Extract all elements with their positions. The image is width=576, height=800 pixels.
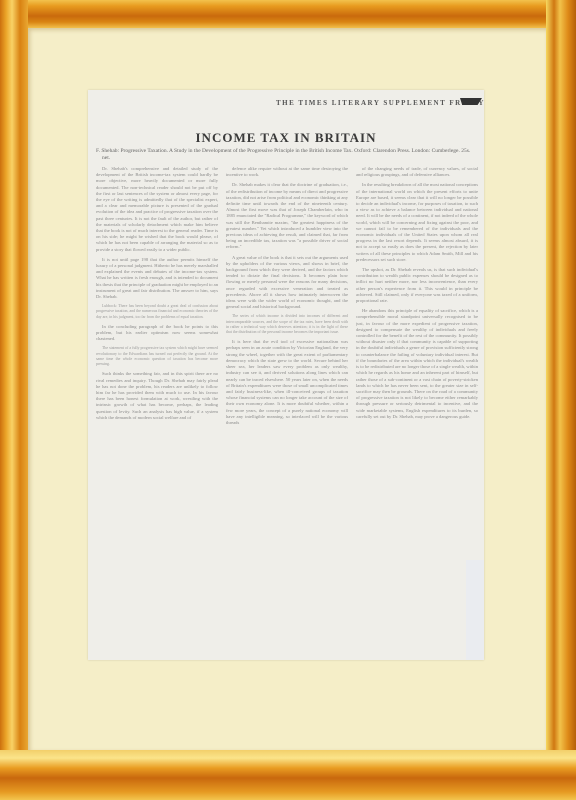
column-2: defence alike require without at the sam… [226, 166, 348, 656]
frame-left-molding [0, 0, 28, 800]
article-paragraph: The series of which income is divided in… [226, 314, 348, 335]
article-paragraph: A great value of the book is that it set… [226, 255, 348, 311]
article-paragraph: defence alike require without at the sam… [226, 166, 348, 178]
article-paragraph: He abandons this principle of equality o… [356, 308, 478, 420]
byline: F. Shehab: Progressive Taxation. A Study… [96, 148, 476, 162]
frame-top-molding [0, 0, 576, 28]
newspaper-clipping: THE TIMES LITERARY SUPPLEMENT FRIDAY INC… [88, 90, 484, 660]
article-paragraph: In the resulting breakdown of all the mo… [356, 182, 478, 263]
article-columns: Dr. Shehab's comprehensive and detailed … [96, 166, 478, 656]
article-paragraph: Lubbock: There has been beyond doubt a g… [96, 304, 218, 320]
article-paragraph: Dr. Shehab's comprehensive and detailed … [96, 166, 218, 253]
article-paragraph: In the concluding paragraph of the book … [96, 324, 218, 343]
masthead: THE TIMES LITERARY SUPPLEMENT FRIDAY [276, 99, 484, 107]
frame-bottom-molding [0, 750, 576, 800]
column-3: of the changing needs of trade, of curre… [356, 166, 478, 656]
column-1: Dr. Shehab's comprehensive and detailed … [96, 166, 218, 656]
article-paragraph: Such thinks the something fair, and in t… [96, 371, 218, 421]
headline: INCOME TAX IN BRITAIN [88, 130, 484, 146]
article-paragraph: of the changing needs of trade, of curre… [356, 166, 478, 178]
article-paragraph: It is not until page 198 that the author… [96, 257, 218, 300]
article-paragraph: It is here that the evil tool of excessi… [226, 339, 348, 426]
frame-right-molding [546, 0, 576, 800]
article-paragraph: The upshot, as Dr. Shehab reveals us, is… [356, 267, 478, 304]
article-paragraph: Dr. Shehab makes it clear that the doctr… [226, 182, 348, 250]
mounting-tape [466, 560, 484, 660]
article-paragraph: The statement of a fully progressive tax… [96, 346, 218, 367]
